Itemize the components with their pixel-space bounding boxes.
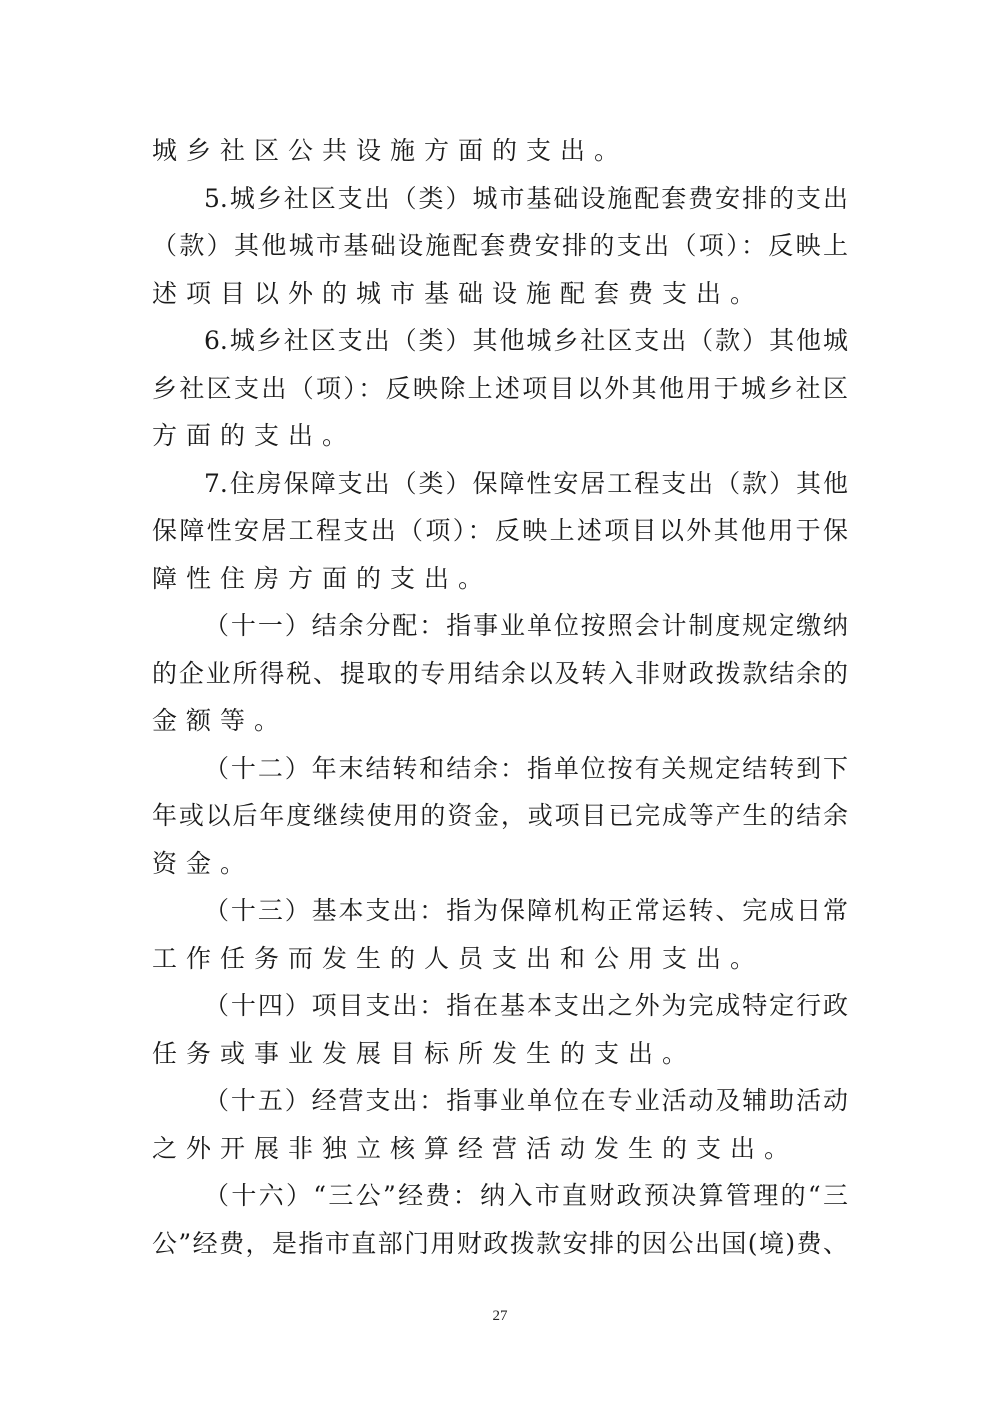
text-line: 保障性安居工程支出（项）：反映上述项目以外其他用于保 [152, 507, 848, 555]
text-line: 金额等。 [152, 697, 848, 745]
paragraph-section-16: （十六）“三公”经费：纳入市直财政预决算管理的“三 [152, 1172, 848, 1220]
text-line: 之外开展非独立核算经营活动发生的支出。 [152, 1125, 848, 1173]
text-line: 的企业所得税、提取的专用结余以及转入非财政拨款结余的 [152, 650, 848, 698]
paragraph-section-11: （十一）结余分配：指事业单位按照会计制度规定缴纳 [152, 602, 848, 650]
paragraph-section-15: （十五）经营支出：指事业单位在专业活动及辅助活动 [152, 1077, 848, 1125]
text-line: 城乡社区公共设施方面的支出。 [152, 127, 848, 175]
text-line: 工作任务而发生的人员支出和公用支出。 [152, 935, 848, 983]
text-line: 年或以后年度继续使用的资金，或项目已完成等产生的结余 [152, 792, 848, 840]
text-line: 乡社区支出（项）：反映除上述项目以外其他用于城乡社区 [152, 365, 848, 413]
text-line: 述项目以外的城市基础设施配套费支出。 [152, 270, 848, 318]
paragraph-section-14: （十四）项目支出：指在基本支出之外为完成特定行政 [152, 982, 848, 1030]
text-line: 方面的支出。 [152, 412, 848, 460]
text-line: 障性住房方面的支出。 [152, 555, 848, 603]
text-line: 资金。 [152, 840, 848, 888]
text-line: 任务或事业发展目标所发生的支出。 [152, 1030, 848, 1078]
page-number: 27 [0, 1308, 1000, 1325]
paragraph-item-5: 5.城乡社区支出（类）城市基础设施配套费安排的支出 [152, 175, 848, 223]
paragraph-item-6: 6.城乡社区支出（类）其他城乡社区支出（款）其他城 [152, 317, 848, 365]
paragraph-item-7: 7.住房保障支出（类）保障性安居工程支出（款）其他 [152, 460, 848, 508]
document-body: 城乡社区公共设施方面的支出。 5.城乡社区支出（类）城市基础设施配套费安排的支出… [152, 127, 848, 1267]
text-line: （款）其他城市基础设施配套费安排的支出（项）：反映上 [152, 222, 848, 270]
paragraph-section-12: （十二）年末结转和结余：指单位按有关规定结转到下 [152, 745, 848, 793]
paragraph-section-13: （十三）基本支出：指为保障机构正常运转、完成日常 [152, 887, 848, 935]
text-line: 公”经费，是指市直部门用财政拨款安排的因公出国(境)费、 [152, 1220, 848, 1268]
